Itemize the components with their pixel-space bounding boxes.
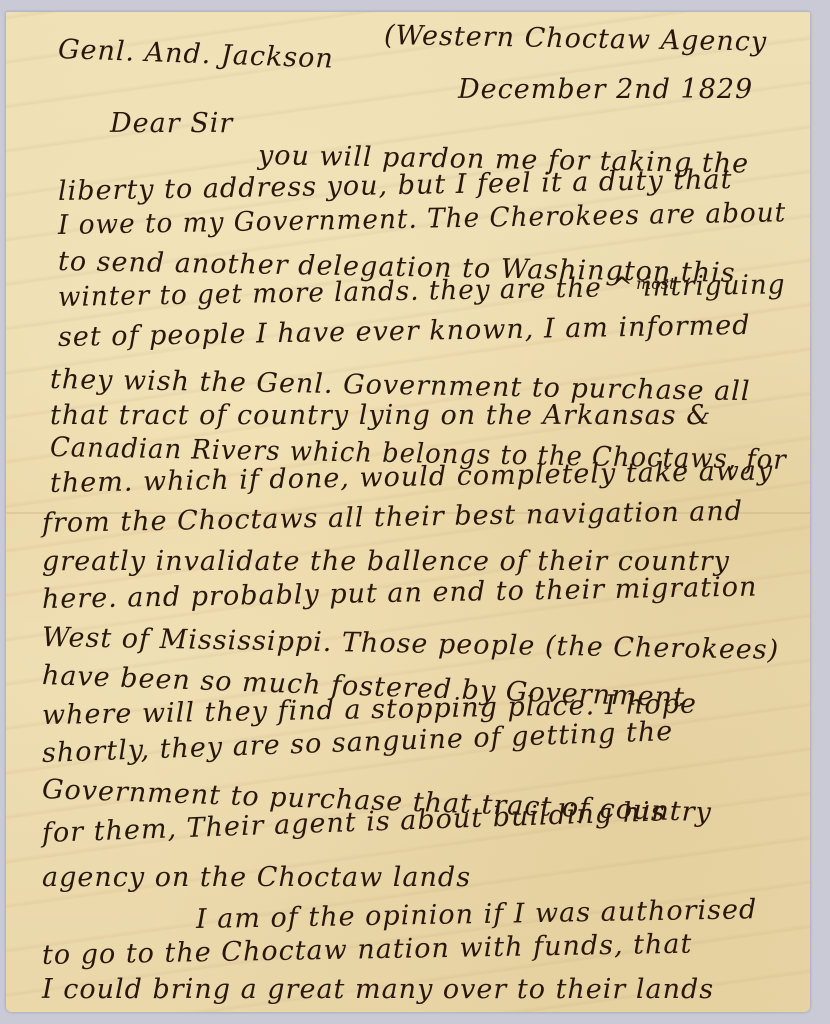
addressee: Genl. And. Jackson [57, 34, 334, 75]
letter-page: Genl. And. Jackson (Western Choctaw Agen… [6, 12, 810, 1012]
letter-line-14: West of Mississippi. Those people (the C… [42, 622, 780, 666]
letter-line-22: to go to the Choctaw nation with funds, … [42, 929, 693, 971]
salutation: Dear Sir [110, 108, 233, 139]
date-line: December 2nd 1829 [458, 74, 753, 105]
letter-line-11: from the Choctaws all their best navigat… [42, 496, 744, 539]
letter-line-8: that tract of country lying on the Arkan… [50, 400, 711, 431]
place-line: (Western Choctaw Agency [384, 20, 768, 58]
letter-line-13: here. and probably put an end to their m… [42, 572, 758, 615]
letter-line-12: greatly invalidate the ballence of their… [42, 546, 730, 577]
letter-line-20: agency on the Choctaw lands [42, 862, 471, 893]
letter-line-6: set of people I have ever known, I am in… [58, 310, 751, 353]
letter-line-23: I could bring a great many over to their… [42, 974, 714, 1005]
